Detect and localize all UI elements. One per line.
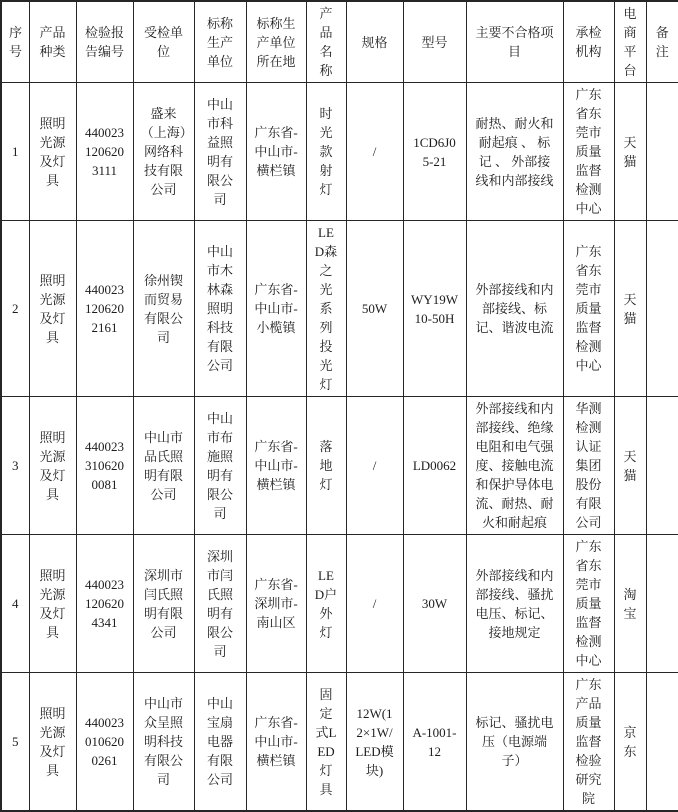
cell-model: WY19W10-50H: [403, 221, 466, 397]
cell-defects: 外部接线和内部接线、骚扰电压、标记、接地规定: [466, 535, 563, 673]
cell-agency: 广东省东莞市质量监督检测中心: [563, 535, 614, 673]
cell-model: A-1001-12: [403, 673, 466, 812]
cell-manufacturer: 深圳市闫氏照明有限公司: [194, 535, 246, 673]
table-row: 5 照明光源及灯具 4400230106200261 中山市众呈照明科技有限公司…: [1, 673, 678, 812]
header-serial-no: 序号: [1, 1, 29, 83]
cell-manufacturer: 中山宝扇电器有限公司: [194, 673, 246, 812]
header-manufacturer: 标称生产单位: [194, 1, 246, 83]
cell-platform: 天猫: [614, 221, 646, 397]
cell-remark: [646, 673, 678, 812]
cell-manufacturer-location: 广东省-中山市-小榄镇: [246, 221, 306, 397]
cell-remark: [646, 397, 678, 535]
header-platform: 电商平台: [614, 1, 646, 83]
cell-defects: 外部接线和内部接线、绝缘电阻和电气强度、接触电流和保护导体电流、耐热、耐火和耐起…: [466, 397, 563, 535]
header-report-no: 检验报告编号: [76, 1, 133, 83]
cell-spec: /: [346, 397, 403, 535]
cell-agency: 广东省东莞市质量监督检测中心: [563, 83, 614, 221]
cell-product-name: 时光款射灯: [306, 83, 346, 221]
cell-defects: 标记、骚扰电压（电源端子）: [466, 673, 563, 812]
header-model: 型号: [403, 1, 466, 83]
table-row: 1 照明光源及灯具 4400231206203111 盛来（上海）网络科技有限公…: [1, 83, 678, 221]
cell-spec: 12W(12×1W/LED模块): [346, 673, 403, 812]
cell-defects: 耐热、耐火和耐起痕 、 标记 、 外部接线和内部接线: [466, 83, 563, 221]
table-row: 2 照明光源及灯具 4400231206202161 徐州锲而贸易有限公司 中山…: [1, 221, 678, 397]
cell-manufacturer-location: 广东省-深圳市-南山区: [246, 535, 306, 673]
cell-manufacturer-location: 广东省-中山市-横栏镇: [246, 397, 306, 535]
cell-serial-no: 2: [1, 221, 29, 397]
cell-remark: [646, 221, 678, 397]
header-remark: 备注: [646, 1, 678, 83]
header-inspected-unit: 受检单位: [133, 1, 194, 83]
cell-product-name: 固定式LED灯具: [306, 673, 346, 812]
cell-spec: /: [346, 83, 403, 221]
cell-spec: 50W: [346, 221, 403, 397]
cell-agency: 广东省东莞市质量监督检测中心: [563, 221, 614, 397]
cell-product-category: 照明光源及灯具: [29, 83, 76, 221]
cell-serial-no: 5: [1, 673, 29, 812]
cell-platform: 京东: [614, 673, 646, 812]
cell-manufacturer: 中山市科益照明有限公司: [194, 83, 246, 221]
header-row: 序号 产品种类 检验报告编号 受检单位 标称生产单位 标称生产单位所在地 产品名…: [1, 1, 678, 83]
cell-serial-no: 1: [1, 83, 29, 221]
table-row: 4 照明光源及灯具 4400231206204341 深圳市闫氏照明有限公司 深…: [1, 535, 678, 673]
cell-model: 1CD6J05-21: [403, 83, 466, 221]
cell-inspected-unit: 徐州锲而贸易有限公司: [133, 221, 194, 397]
header-defects: 主要不合格项目: [466, 1, 563, 83]
header-product-category: 产品种类: [29, 1, 76, 83]
cell-serial-no: 3: [1, 397, 29, 535]
header-manufacturer-location: 标称生产单位所在地: [246, 1, 306, 83]
cell-manufacturer: 中山市布施照明有限公司: [194, 397, 246, 535]
cell-platform: 天猫: [614, 397, 646, 535]
table-row: 3 照明光源及灯具 4400233106200081 中山市品氏照明有限公司 中…: [1, 397, 678, 535]
cell-report-no: 4400230106200261: [76, 673, 133, 812]
cell-product-category: 照明光源及灯具: [29, 221, 76, 397]
cell-remark: [646, 83, 678, 221]
cell-remark: [646, 535, 678, 673]
cell-model: LD0062: [403, 397, 466, 535]
cell-platform: 天猫: [614, 83, 646, 221]
cell-defects: 外部接线和内部接线、标记、谐波电流: [466, 221, 563, 397]
cell-product-name: 落地灯: [306, 397, 346, 535]
cell-product-category: 照明光源及灯具: [29, 673, 76, 812]
cell-model: 30W: [403, 535, 466, 673]
cell-spec: /: [346, 535, 403, 673]
cell-report-no: 4400231206204341: [76, 535, 133, 673]
cell-serial-no: 4: [1, 535, 29, 673]
cell-product-category: 照明光源及灯具: [29, 535, 76, 673]
cell-manufacturer-location: 广东省-中山市-横栏镇: [246, 83, 306, 221]
cell-agency: 华测检测认证集团股份有限公司: [563, 397, 614, 535]
cell-inspected-unit: 深圳市闫氏照明有限公司: [133, 535, 194, 673]
cell-platform: 淘宝: [614, 535, 646, 673]
cell-manufacturer-location: 广东省-中山市-横栏镇: [246, 673, 306, 812]
cell-product-name: LED森之光系列投光灯: [306, 221, 346, 397]
cell-report-no: 4400231206203111: [76, 83, 133, 221]
cell-product-name: LED户外灯: [306, 535, 346, 673]
inspection-results-table: 序号 产品种类 检验报告编号 受检单位 标称生产单位 标称生产单位所在地 产品名…: [0, 0, 678, 812]
cell-inspected-unit: 中山市众呈照明科技有限公司: [133, 673, 194, 812]
header-agency: 承检机构: [563, 1, 614, 83]
cell-manufacturer: 中山市木林森照明科技有限公司: [194, 221, 246, 397]
cell-inspected-unit: 中山市品氏照明有限公司: [133, 397, 194, 535]
cell-product-category: 照明光源及灯具: [29, 397, 76, 535]
cell-agency: 广东产品质量监督检验研究院: [563, 673, 614, 812]
cell-inspected-unit: 盛来（上海）网络科技有限公司: [133, 83, 194, 221]
header-spec: 规格: [346, 1, 403, 83]
header-product-name: 产品名称: [306, 1, 346, 83]
cell-report-no: 4400231206202161: [76, 221, 133, 397]
cell-report-no: 4400233106200081: [76, 397, 133, 535]
